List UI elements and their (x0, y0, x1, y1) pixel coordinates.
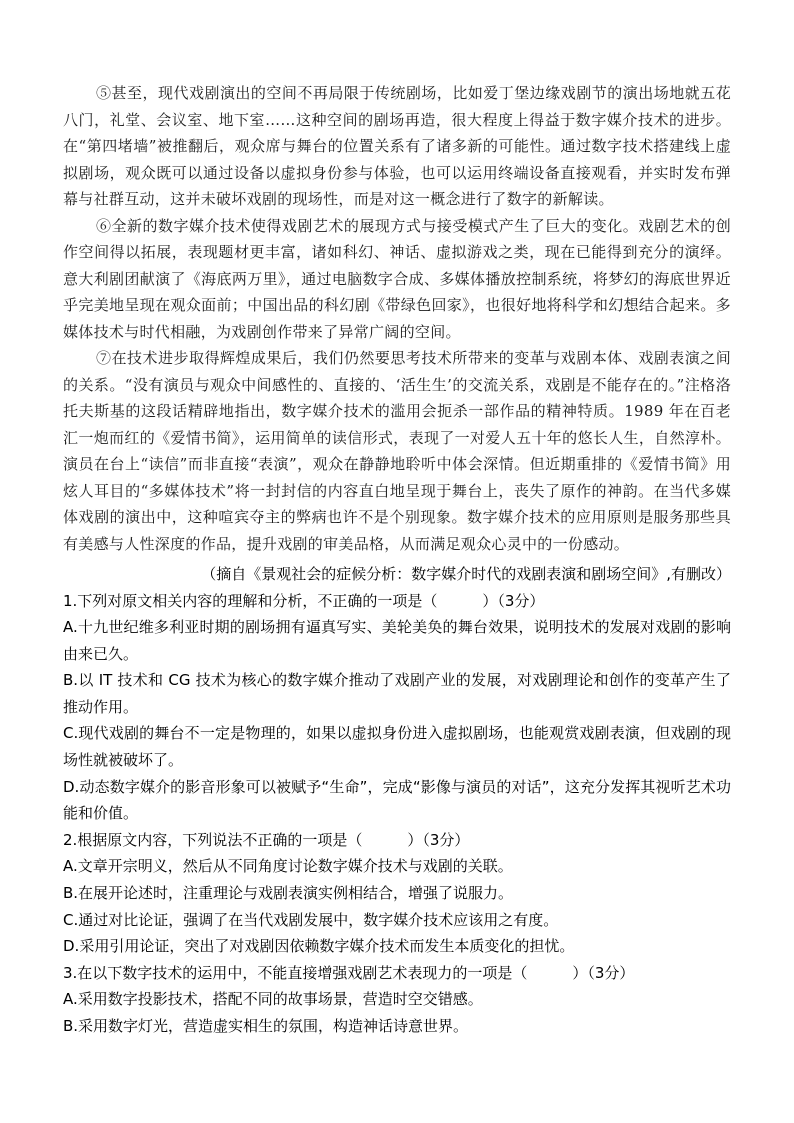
question-2-option-a: A.文章开宗明义，然后从不同角度讨论数字媒介技术与戏剧的关联。 (63, 853, 731, 880)
passage-paragraph-7: ⑦在技术进步取得辉煌成果后，我们仍然要思考技术所带来的变革与戏剧本体、戏剧表演之… (63, 345, 731, 557)
question-1-option-b: B.以 IT 技术和 CG 技术为核心的数字媒介推动了戏剧产业的发展，对戏剧理论… (63, 667, 731, 720)
passage-paragraph-6: ⑥全新的数字媒介技术使得戏剧艺术的展现方式与接受模式产生了巨大的变化。戏剧艺术的… (63, 213, 731, 346)
question-3-stem: 3.在以下数字技术的运用中，不能直接增强戏剧艺术表现力的一项是（ ）（3分） (63, 960, 731, 987)
question-1: 1.下列对原文相关内容的理解和分析，不正确的一项是（ ）（3分） A.十九世纪维… (63, 588, 731, 827)
document-page: ⑤甚至，现代戏剧演出的空间不再局限于传统剧场，比如爱丁堡边缘戏剧节的演出场地就五… (0, 0, 794, 1123)
question-2-option-c: C.通过对比论证，强调了在当代戏剧发展中，数字媒介技术应该用之有度。 (63, 907, 731, 934)
question-2: 2.根据原文内容，下列说法不正确的一项是（ ）（3分） A.文章开宗明义，然后从… (63, 827, 731, 960)
questions-section: 1.下列对原文相关内容的理解和分析，不正确的一项是（ ）（3分） A.十九世纪维… (63, 588, 731, 1040)
question-1-stem: 1.下列对原文相关内容的理解和分析，不正确的一项是（ ）（3分） (63, 588, 731, 615)
question-1-option-a: A.十九世纪维多利亚时期的剧场拥有逼真写实、美轮美奂的舞台效果，说明技术的发展对… (63, 614, 731, 667)
question-2-stem: 2.根据原文内容，下列说法不正确的一项是（ ）（3分） (63, 827, 731, 854)
question-1-option-d: D.动态数字媒介的影音形象可以被赋予“生命”，完成“影像与演员的对话”，这充分发… (63, 774, 731, 827)
question-1-option-c: C.现代戏剧的舞台不一定是物理的，如果以虚拟身份进入虚拟剧场，也能观赏戏剧表演，… (63, 720, 731, 773)
passage-citation: （摘自《景观社会的症候分析：数字媒介时代的戏剧表演和剧场空间》,有删改） (63, 561, 731, 588)
passage-paragraph-5: ⑤甚至，现代戏剧演出的空间不再局限于传统剧场，比如爱丁堡边缘戏剧节的演出场地就五… (63, 80, 731, 213)
question-3-option-b: B.采用数字灯光，营造虚实相生的氛围，构造神话诗意世界。 (63, 1013, 731, 1040)
question-3: 3.在以下数字技术的运用中，不能直接增强戏剧艺术表现力的一项是（ ）（3分） A… (63, 960, 731, 1040)
question-3-option-a: A.采用数字投影技术，搭配不同的故事场景，营造时空交错感。 (63, 986, 731, 1013)
question-2-option-d: D.采用引用论证，突出了对戏剧因依赖数字媒介技术而发生本质变化的担忧。 (63, 933, 731, 960)
question-2-option-b: B.在展开论述时，注重理论与戏剧表演实例相结合，增强了说服力。 (63, 880, 731, 907)
reading-passage: ⑤甚至，现代戏剧演出的空间不再局限于传统剧场，比如爱丁堡边缘戏剧节的演出场地就五… (63, 80, 731, 557)
page-content: ⑤甚至，现代戏剧演出的空间不再局限于传统剧场，比如爱丁堡边缘戏剧节的演出场地就五… (63, 80, 731, 1040)
